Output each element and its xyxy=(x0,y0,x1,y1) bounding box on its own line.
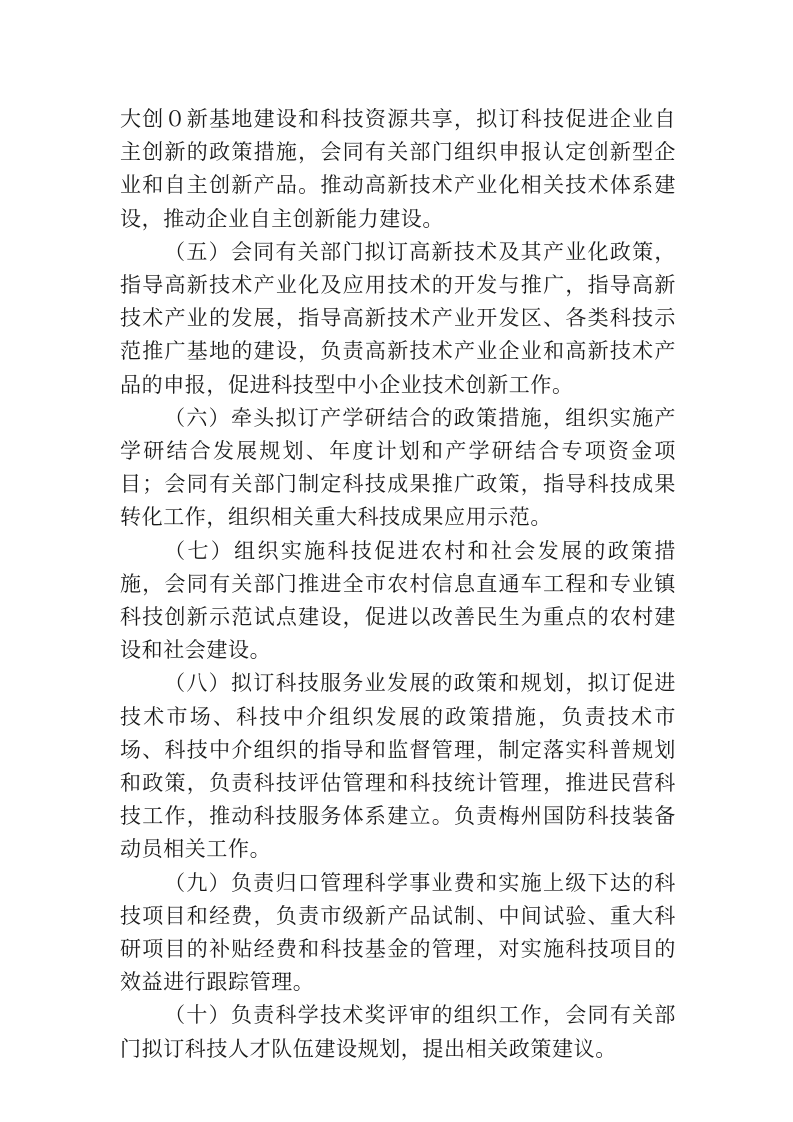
paragraph-item-10: （十）负责科学技术奖评审的组织工作，会同有关部门拟订科技人才队伍建设规划，提出相… xyxy=(120,999,676,1065)
paragraph-item-7: （七）组织实施科技促进农村和社会发展的政策措施，会同有关部门推进全市农村信息直通… xyxy=(120,535,676,668)
document-page: 大创０新基地建设和科技资源共享，拟订科技促进企业自主创新的政策措施，会同有关部门… xyxy=(120,103,676,1066)
paragraph-item-6: （六）牵头拟订产学研结合的政策措施，组织实施产学研结合发展规划、年度计划和产学研… xyxy=(120,402,676,535)
paragraph-continuation: 大创０新基地建设和科技资源共享，拟订科技促进企业自主创新的政策措施，会同有关部门… xyxy=(120,103,676,236)
paragraph-item-9: （九）负责归口管理科学事业费和实施上级下达的科技项目和经费，负责市级新产品试制、… xyxy=(120,867,676,1000)
paragraph-item-5: （五）会同有关部门拟订高新技术及其产业化政策，指导高新技术产业化及应用技术的开发… xyxy=(120,236,676,402)
paragraph-item-8: （八）拟订科技服务业发展的政策和规划，拟订促进技术市场、科技中介组织发展的政策措… xyxy=(120,667,676,866)
